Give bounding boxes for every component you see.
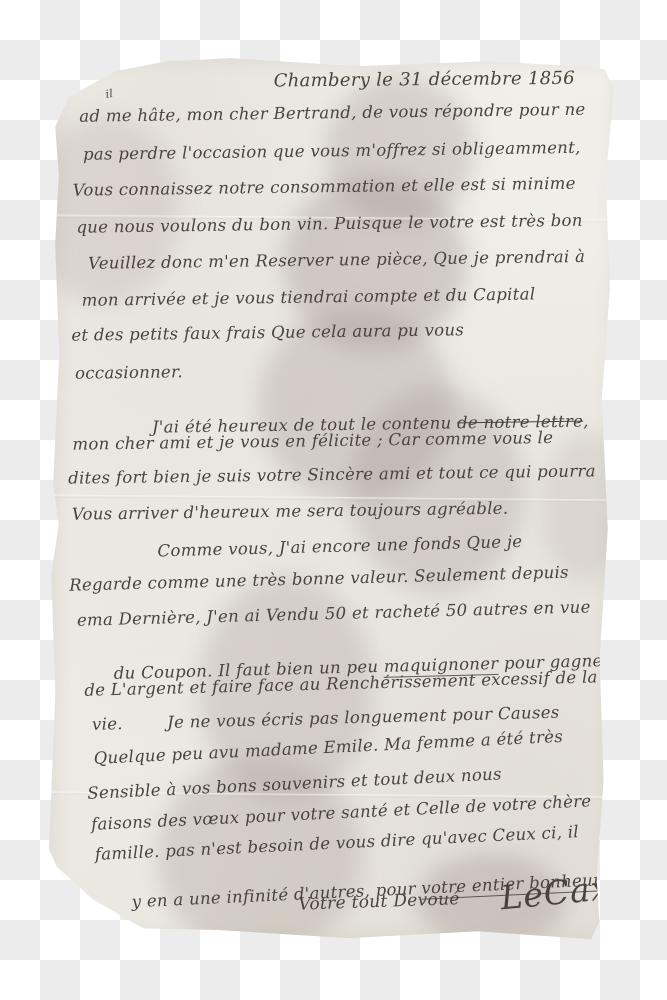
letter-line: dites fort bien je suis votre Sincère am… bbox=[68, 461, 596, 487]
letter-line: Vous connaissez notre consommation et el… bbox=[73, 174, 576, 200]
water-stain bbox=[539, 431, 635, 582]
letter-line: ema Dernière, J'en ai Vendu 50 et rachet… bbox=[77, 597, 591, 629]
letter-line: mon arrivée et je vous tiendrai compte e… bbox=[82, 284, 536, 309]
letter-dateline: Chambery le 31 décembre 1856 bbox=[274, 68, 575, 92]
letter-line: et des petits faux frais Que cela aura p… bbox=[71, 320, 464, 344]
line-text: , bbox=[583, 412, 589, 431]
letter-line: Vous arriver d'heureux me sera toujours … bbox=[72, 499, 509, 524]
line-text bbox=[601, 870, 602, 889]
letter-line: pas perdre l'occasion que vous m'offrez … bbox=[83, 138, 581, 164]
letter-line: occasionner. bbox=[75, 362, 183, 383]
png-preview-canvas: Chambery le 31 décembre 1856 il ad me hâ… bbox=[0, 0, 667, 1000]
letter-line: Regarde comme une très bonne valeur. Seu… bbox=[69, 563, 569, 595]
insertion-mark: il bbox=[104, 87, 114, 101]
letter-line: Sensible à vos bons souvenirs et tout de… bbox=[87, 764, 502, 803]
letter-line: Comme vous, J'ai encore une fonds Que je bbox=[157, 532, 522, 561]
letter-line: que nous voulons du bon vin. Puisque le … bbox=[76, 211, 583, 237]
letter-line: Quelque peu avu madame Emile. Ma femme a… bbox=[93, 727, 563, 768]
letter-line: Veuillez donc m'en Reserver une pièce, Q… bbox=[88, 247, 585, 273]
letter-paper: Chambery le 31 décembre 1856 il ad me hâ… bbox=[48, 55, 619, 944]
letter-line: ad me hâte, mon cher Bertrand, de vous r… bbox=[79, 100, 585, 126]
